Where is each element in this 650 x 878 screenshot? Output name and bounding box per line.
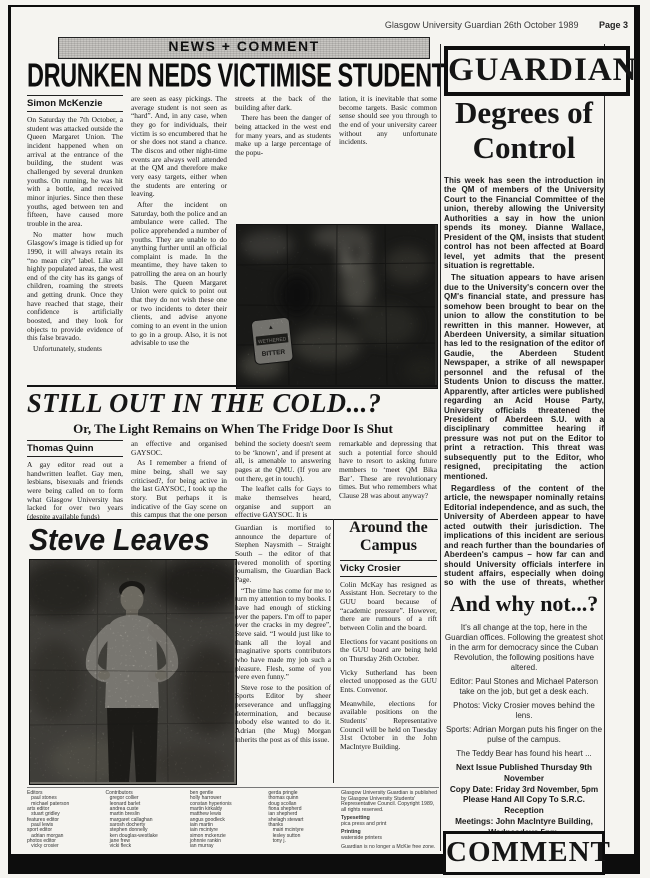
masthead-dateline: Glasgow University Guardian 26th October…	[385, 20, 579, 30]
page-header: Glasgow University Guardian 26th October…	[300, 20, 628, 30]
bar-interior-photo: ▲ WETHERED BITTER	[236, 224, 438, 389]
steve-photo	[29, 559, 237, 785]
mckie-note: Guardian is no longer a McKie free zone.	[341, 845, 439, 850]
neds-column-3: streets at the back of the building afte…	[235, 95, 331, 222]
neds-headline: DRUNKEN NEDS VICTIMISE STUDENTS	[27, 57, 373, 95]
credits-contributors-1: Contributors gregor collier leonard barl…	[106, 791, 184, 849]
bar-photo-art: ▲ WETHERED BITTER	[237, 225, 435, 386]
neds-col1-text: On Saturday the 7th October, a student w…	[27, 116, 123, 354]
whynot-body: It's all change at the top, here in the …	[444, 623, 604, 763]
printing-value: waterside printers	[341, 836, 439, 842]
page-number: Page 3	[599, 20, 628, 30]
credits-colophon: Glasgow University Guardian is published…	[341, 791, 439, 849]
editorial-left-rule	[440, 44, 441, 851]
neds-column-1: Simon McKenzie On Saturday the 7th Octob…	[27, 95, 123, 386]
divider-rule-top	[27, 385, 438, 387]
editorial-body: This week has seen the introduction in t…	[444, 176, 604, 589]
still-column-2: an effective and organised GAYSOC.As I r…	[131, 440, 227, 519]
around-column-rule	[333, 519, 334, 783]
around-campus-section: Around the Campus Vicky Crosier Colin Mc…	[340, 517, 437, 783]
comment-banner: COMMENT	[443, 831, 605, 875]
section-banner: NEWS + COMMENT	[58, 37, 430, 59]
still-byline: Thomas Quinn	[27, 440, 123, 457]
still-col1-text: A gay editor read out a handwritten leaf…	[27, 461, 123, 519]
guardian-masthead: GUARDIAN	[444, 46, 630, 96]
still-column-3: behind the society doesn't seem to be ‘k…	[235, 440, 331, 519]
credits-contributors-2: ben gentleholly harrowerconstan hyperion…	[190, 791, 263, 849]
still-column-4: remarkable and depressing that such a po…	[339, 440, 437, 519]
typesetting-value: pica press and print	[341, 822, 439, 828]
editorial-headline: Degrees of Control	[443, 96, 605, 165]
around-headline: Around the Campus	[340, 519, 437, 556]
steve-article-text: Guardian is mortified to announce the de…	[235, 524, 331, 782]
steve-headline: Steve Leaves	[29, 522, 222, 558]
still-column-1: Thomas Quinn A gay editor read out a han…	[27, 440, 123, 519]
still-subtitle: Or, The Light Remains on When The Fridge…	[27, 421, 439, 437]
whynot-headline: And why not...?	[443, 591, 605, 617]
credits-contributors-3: gerda pringlethomas quinndoug scollanfio…	[268, 791, 335, 849]
neds-column-4: lation, it is inevitable that some becom…	[339, 95, 437, 222]
around-byline: Vicky Crosier	[340, 560, 437, 577]
steve-photo-art	[30, 560, 234, 782]
around-text: Colin McKay has resigned as Assistant Ho…	[340, 581, 437, 757]
credits-box: Editors paul stones michael patersonarts…	[27, 787, 439, 849]
neds-column-2: are seen as easy pickings. The average s…	[131, 95, 227, 386]
neds-byline: Simon McKenzie	[27, 95, 123, 112]
newspaper-page: Glasgow University Guardian 26th October…	[0, 0, 650, 878]
credits-editors: Editors paul stones michael patersonarts…	[27, 791, 100, 849]
still-headline: STILL OUT IN THE COLD...?	[27, 388, 431, 419]
next-issue-notice: Next Issue Published Thursday 9th Novemb…	[444, 763, 604, 839]
publisher-note: Glasgow University Guardian is published…	[341, 791, 439, 813]
